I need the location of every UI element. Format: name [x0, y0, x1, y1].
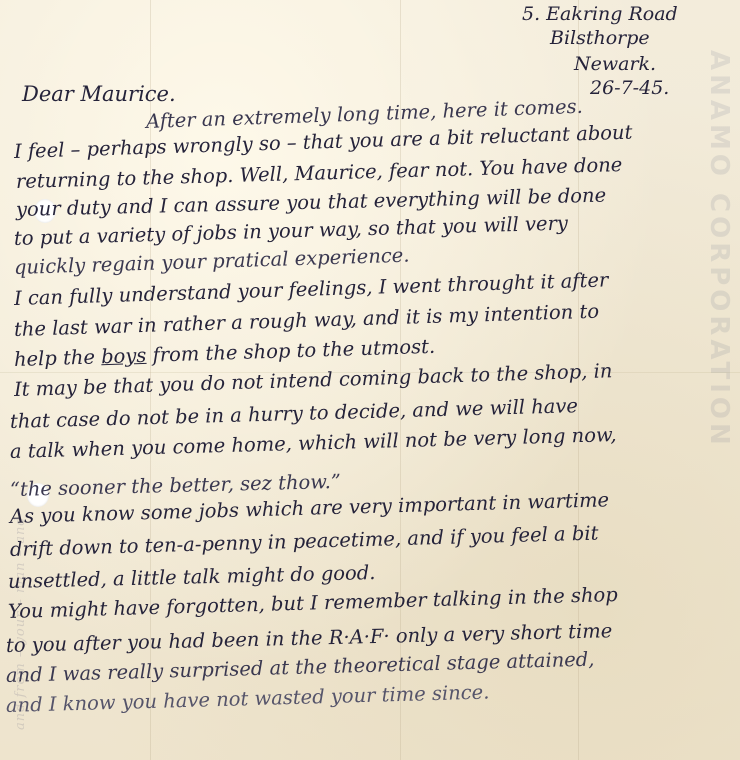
- address-street: 5. Eakring Road: [522, 2, 678, 26]
- body-line: help the boys from the shop to the utmos…: [14, 335, 436, 371]
- body-line: unsettled, a little talk might do good.: [8, 561, 376, 593]
- address-town: Newark.: [574, 52, 656, 76]
- letterhead-watermark: ANAMO CORPORATION: [704, 50, 734, 449]
- letter-page: and from – your – man – and ANAMO CORPOR…: [0, 0, 740, 760]
- letter-date: 26-7-45.: [590, 76, 669, 100]
- underlined-word: boys: [101, 344, 147, 368]
- body-text: from the shop to the utmost.: [152, 335, 435, 367]
- body-line: quickly regain your pratical experience.: [14, 244, 410, 279]
- salutation: Dear Maurice.: [22, 82, 176, 106]
- body-text: help the: [14, 345, 96, 371]
- body-line: and I know you have not wasted your time…: [6, 681, 490, 717]
- address-village: Bilsthorpe: [550, 26, 650, 50]
- body-line: drift down to ten-a-penny in peacetime, …: [10, 522, 599, 561]
